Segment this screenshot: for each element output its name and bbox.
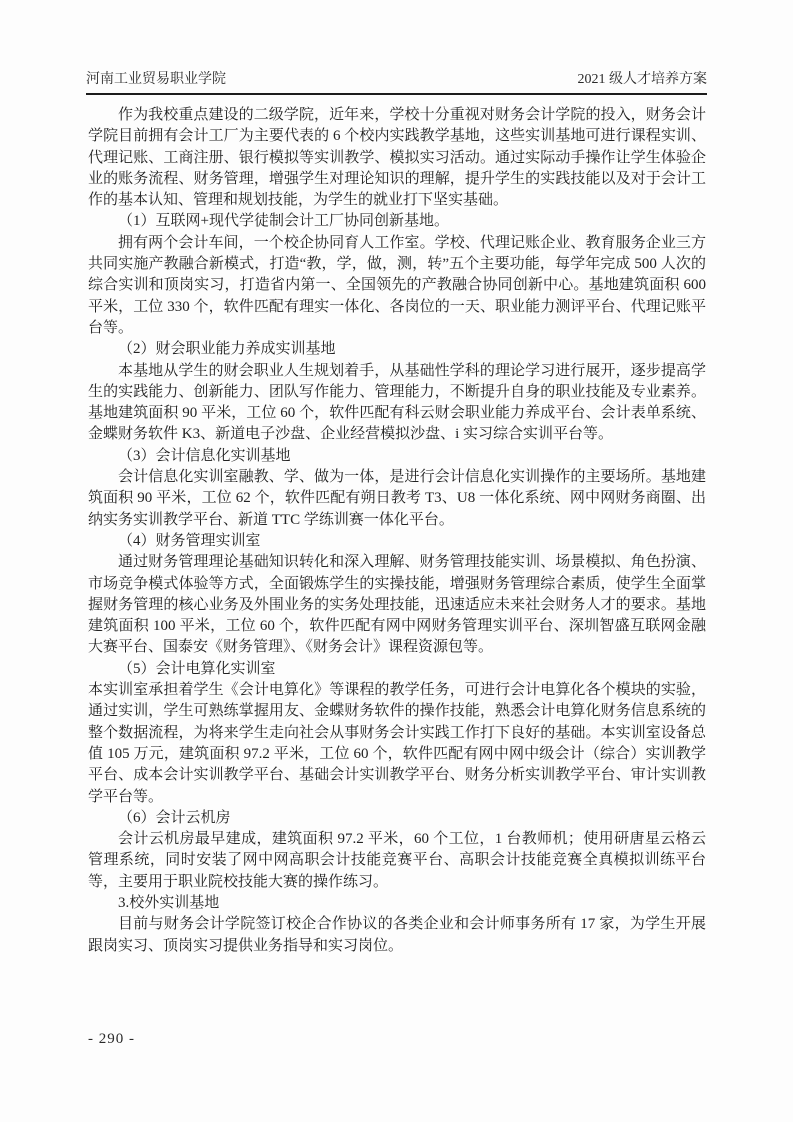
heading-base-6: （6）会计云机房 <box>88 808 706 829</box>
page-number: - 290 - <box>88 1031 135 1047</box>
heading-off-campus-bases: 3.校外实训基地 <box>88 893 706 914</box>
heading-base-4: （4）财务管理实训室 <box>88 531 706 552</box>
heading-base-1: （1）互联网+现代学徒制会计工厂协同创新基地。 <box>88 211 706 232</box>
paragraph-base-6: 会计云机房最早建成，建筑面积 97.2 平米，60 个工位，1 台教师机；使用研… <box>88 829 706 893</box>
page-footer: - 290 - <box>88 1031 135 1048</box>
heading-base-3: （3）会计信息化实训基地 <box>88 446 706 467</box>
header-school-name: 河南工业贸易职业学院 <box>86 68 226 88</box>
heading-base-5: （5）会计电算化实训室 <box>88 659 706 680</box>
paragraph-base-5: 本实训室承担着学生《会计电算化》等课程的教学任务，可进行会计电算化各个模块的实验… <box>88 680 706 808</box>
header-plan-title: 2021 级人才培养方案 <box>578 68 708 88</box>
paragraph-off-campus-bases: 目前与财务会计学院签订校企合作协议的各类企业和会计师事务所有 17 家，为学生开… <box>88 914 706 957</box>
document-page: 河南工业贸易职业学院 2021 级人才培养方案 作为我校重点建设的二级学院，近年… <box>0 0 793 1122</box>
document-body: 作为我校重点建设的二级学院，近年来，学校十分重视对财务会计学院的投入，财务会计学… <box>88 105 706 957</box>
paragraph-base-4: 通过财务管理理论基础知识转化和深入理解、财务管理技能实训、场景模拟、角色扮演、市… <box>88 552 706 658</box>
heading-base-2: （2）财会职业能力养成实训基地 <box>88 339 706 360</box>
paragraph-base-3: 会计信息化实训室融教、学、做为一体，是进行会计信息化实训操作的主要场所。基地建筑… <box>88 467 706 531</box>
page-header: 河南工业贸易职业学院 2021 级人才培养方案 <box>86 68 707 95</box>
paragraph-intro: 作为我校重点建设的二级学院，近年来，学校十分重视对财务会计学院的投入，财务会计学… <box>88 105 706 211</box>
paragraph-base-1: 拥有两个会计车间，一个校企协同育人工作室。学校、代理记账企业、教育服务企业三方共… <box>88 233 706 339</box>
paragraph-base-2: 本基地从学生的财会职业人生规划着手，从基础性学科的理论学习进行展开，逐步提高学生… <box>88 361 706 446</box>
